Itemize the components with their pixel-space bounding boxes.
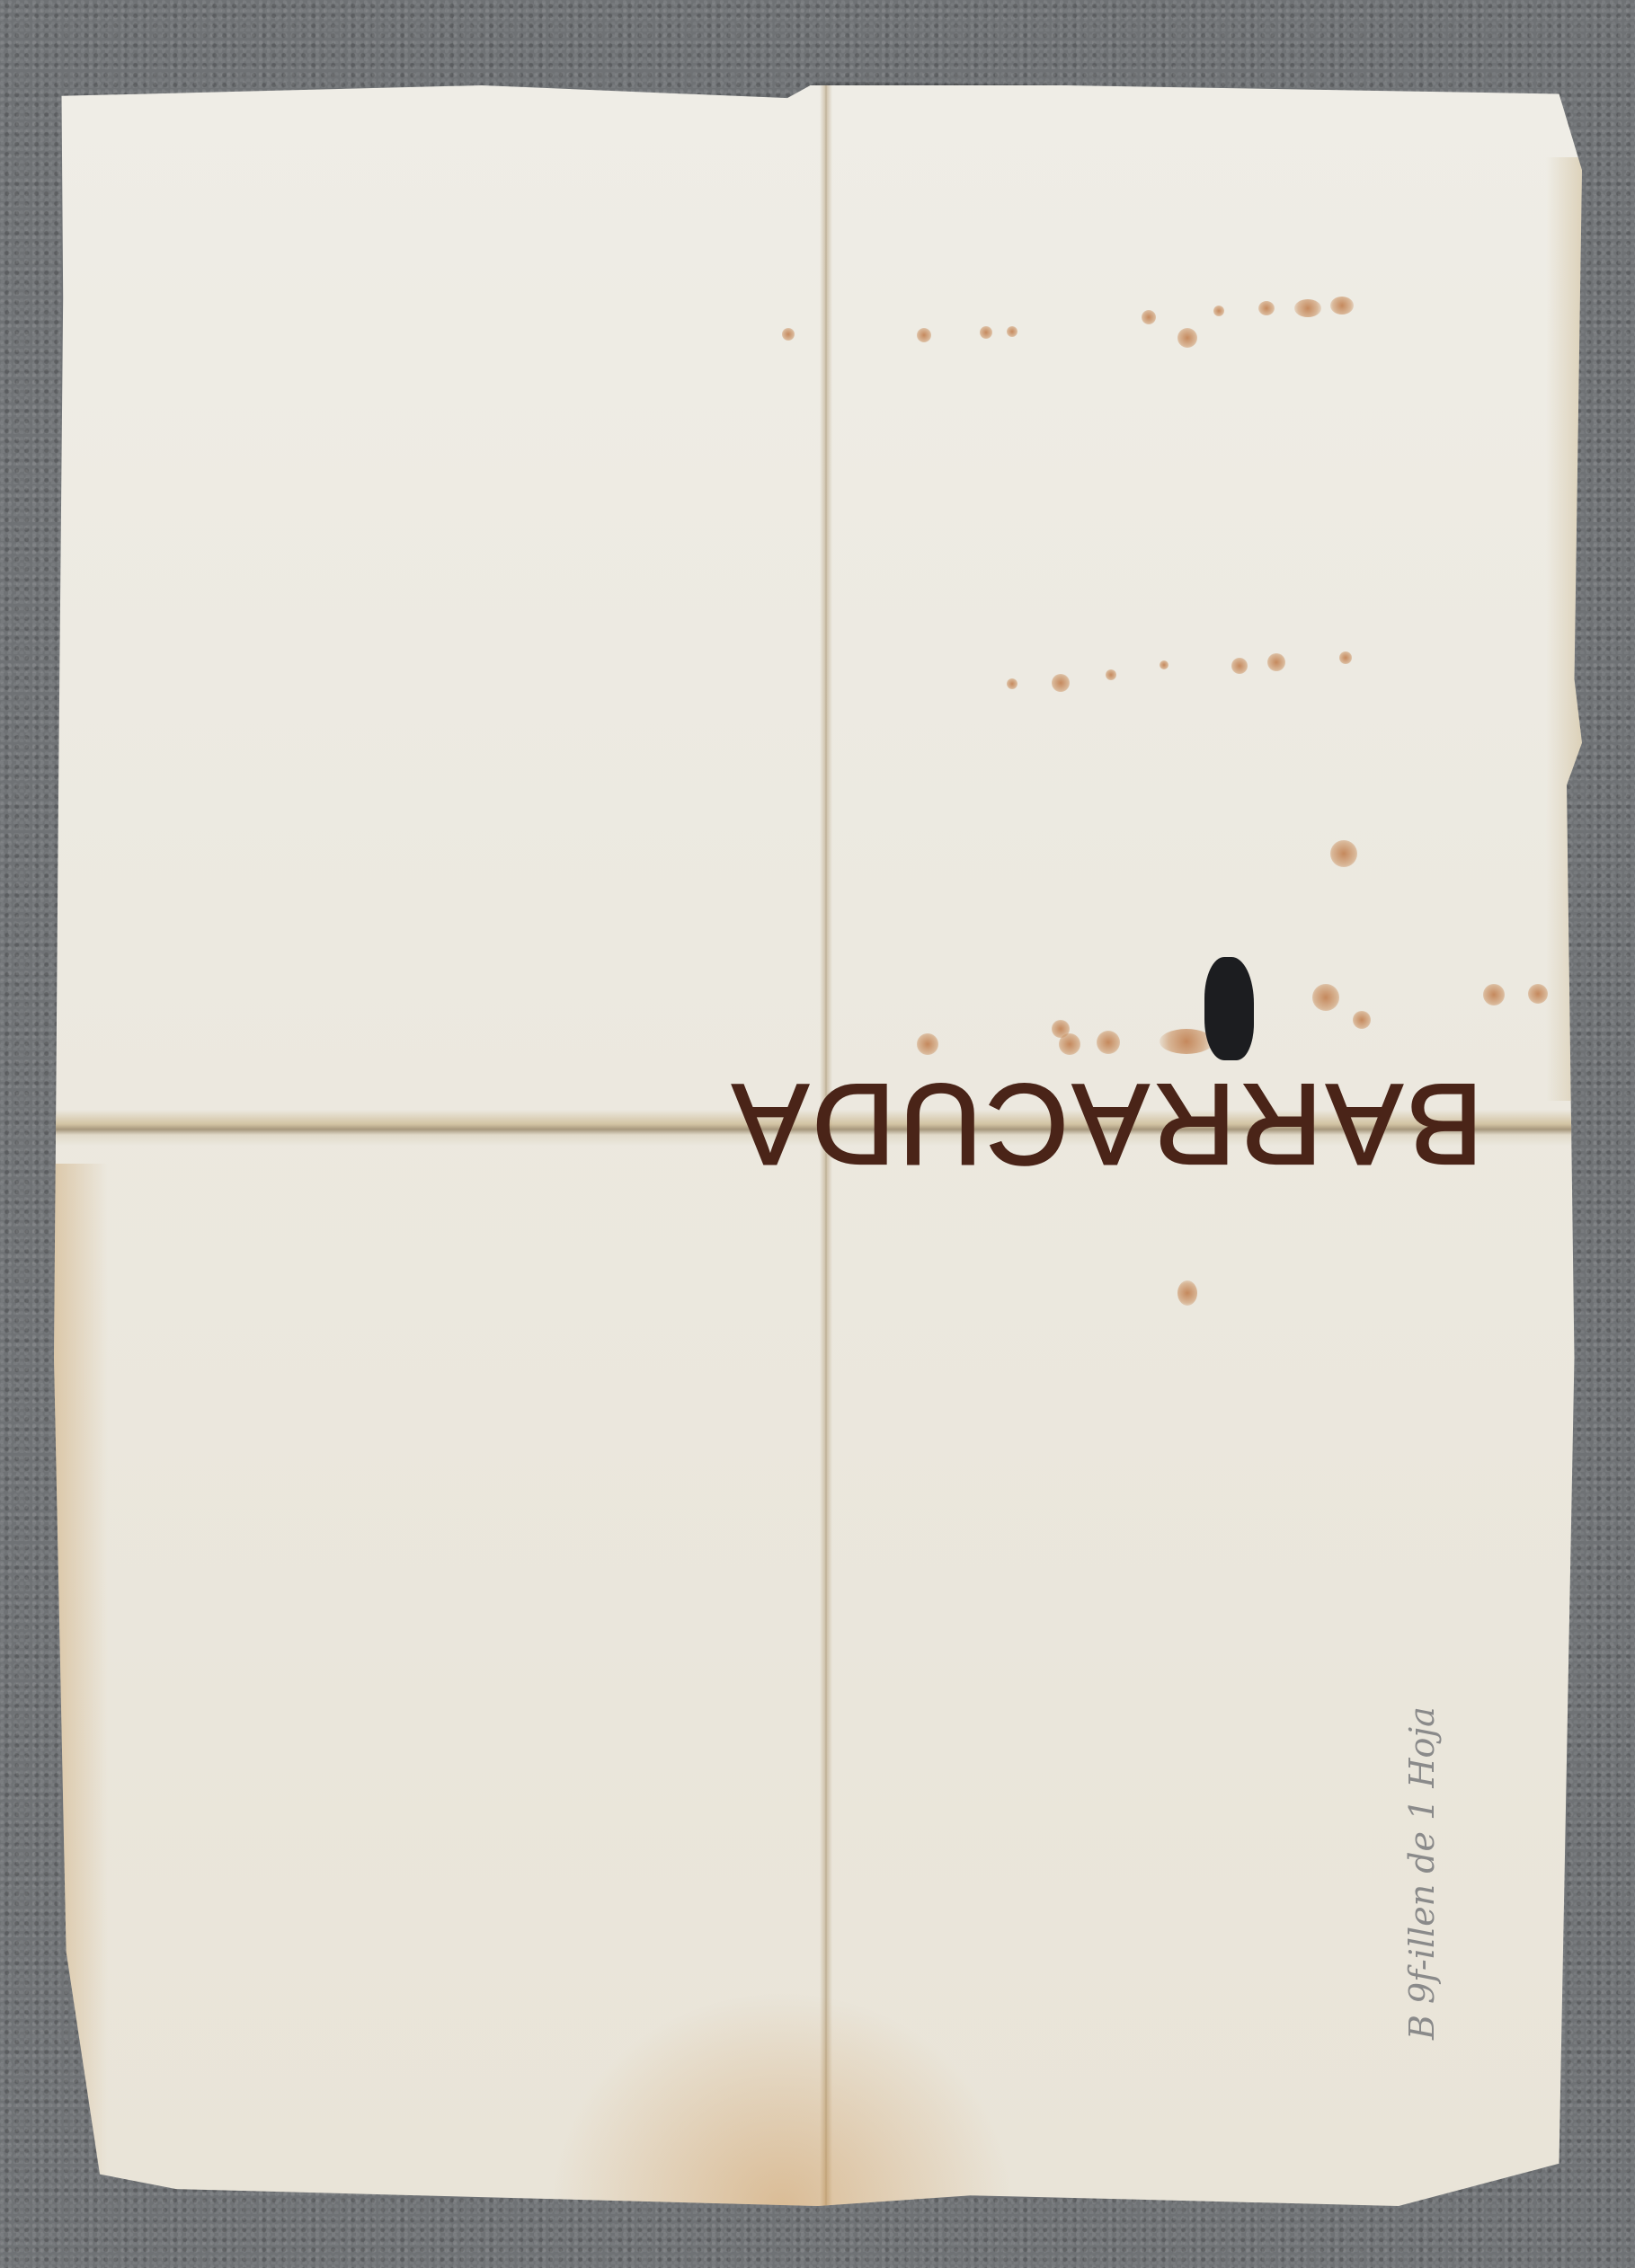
edge-stain-right [1546,157,1582,1101]
stain-dot [1339,651,1352,664]
stain-dot [1330,840,1357,867]
stain-dot [1052,674,1070,692]
stain-dot [1142,310,1156,324]
edge-stain-bottom [548,1990,1016,2206]
stain-dot [1294,299,1321,317]
stain-dot [1483,984,1505,1006]
stain-dot [1007,326,1017,337]
stain-dot [1267,653,1285,671]
stain-dot [1353,1011,1371,1029]
stain-dot [1177,328,1197,348]
stain-dot [782,328,795,341]
stain-dot [1106,669,1116,680]
stain-dot [1160,660,1168,669]
stain-dot [980,326,992,339]
stain-dot [1097,1031,1120,1054]
stain-dot [1312,984,1339,1011]
handwritten-title: BARRACUDA [908,1056,1483,1191]
stain-dot [1231,658,1248,674]
stain-dot [917,328,931,342]
stain-dot [1330,297,1354,315]
stain-dot [1177,1280,1197,1306]
pencil-annotation: B 9f-illen de 1 Hoja [1402,1706,1442,2040]
stain-dot [917,1033,938,1055]
stain-dot [1059,1033,1080,1055]
edge-stain-left [54,1164,108,2197]
stain-dot [1213,306,1224,316]
stain-dot [1528,984,1548,1004]
paper-hole [1204,957,1254,1060]
stain-dot [1007,678,1017,689]
stain-dot [1258,301,1275,315]
